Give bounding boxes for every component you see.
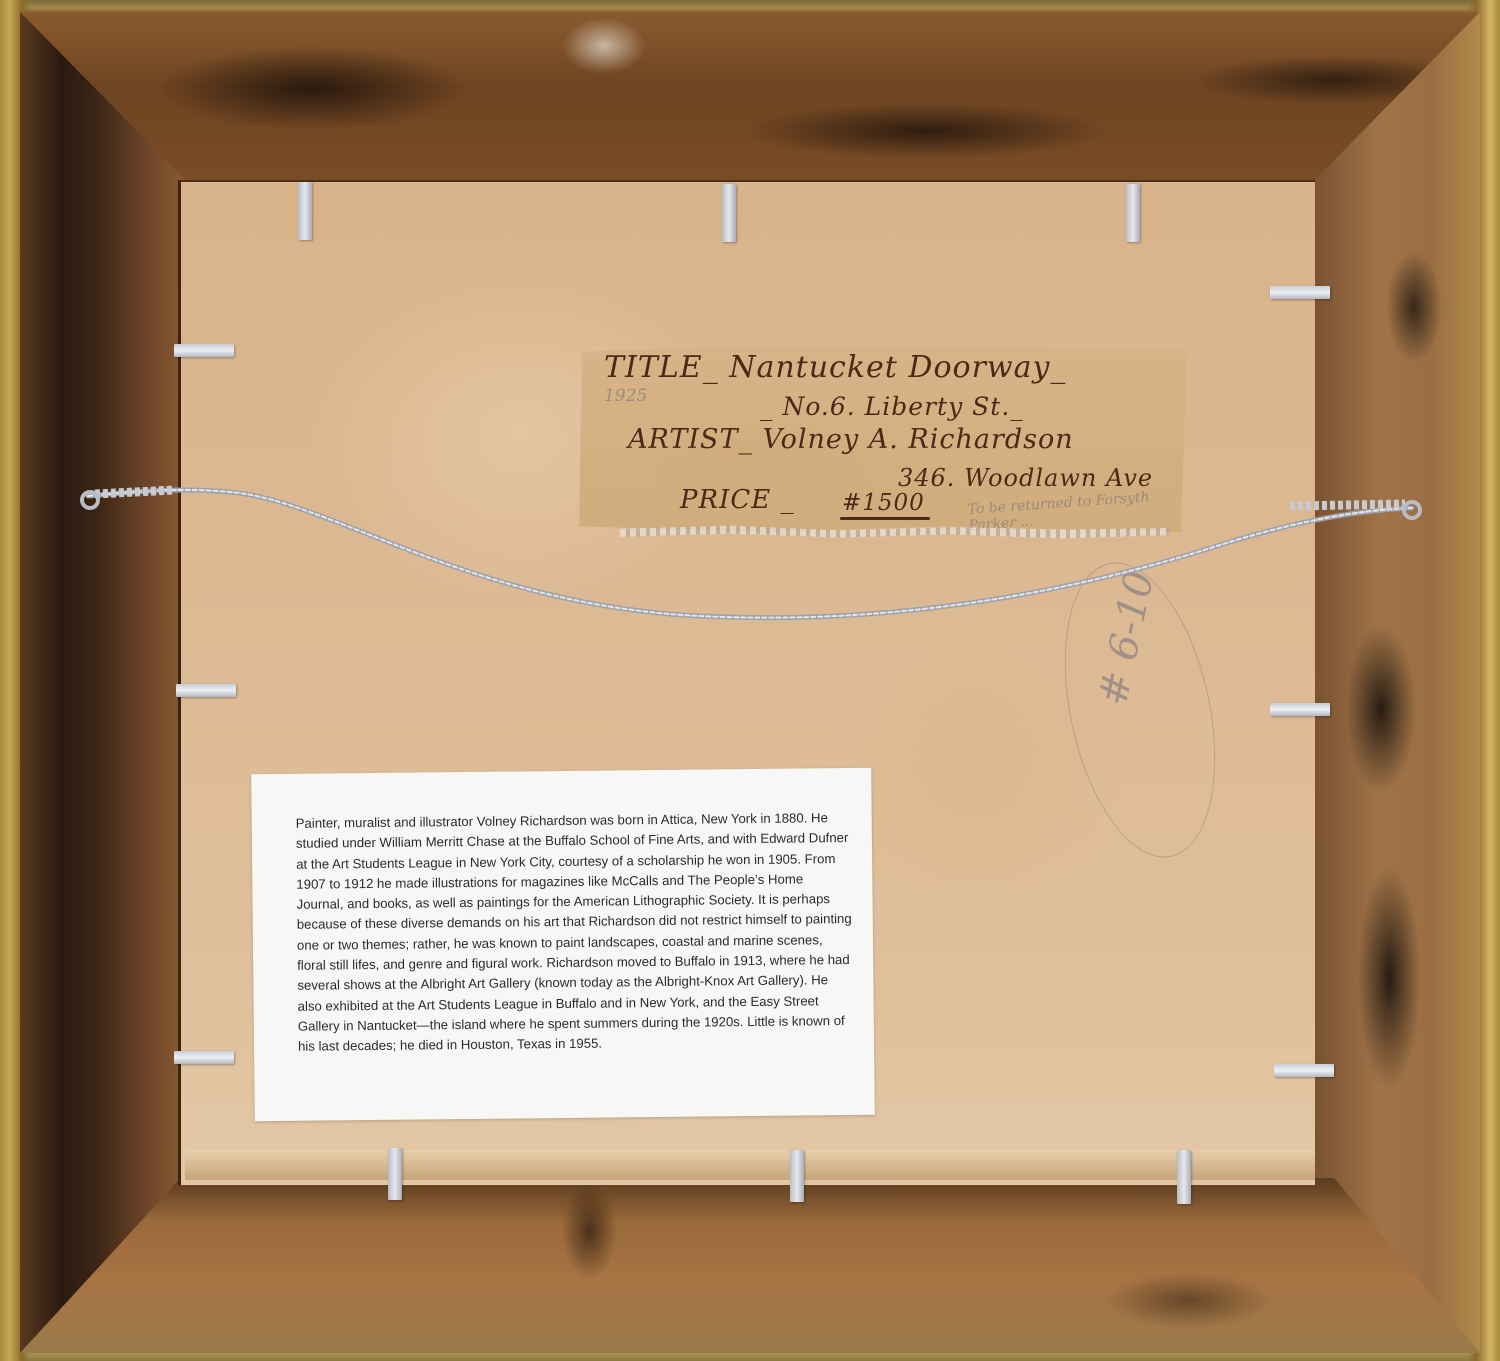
frame-clip-top-2: [722, 184, 736, 242]
frame-clip-bottom-1: [388, 1148, 402, 1200]
price-underline: [840, 517, 930, 520]
label-address-line: _ No.6. Liberty St._: [760, 392, 1024, 421]
frame-clip-top-1: [298, 182, 312, 240]
label-price-label: PRICE _: [680, 485, 794, 515]
frame-rail-top: [20, 12, 1480, 182]
label-title-line: TITLE_ Nantucket Doorway_: [604, 350, 1066, 385]
frame-clip-top-3: [1126, 184, 1140, 242]
biography-card: Painter, muralist and illustrator Volney…: [251, 768, 875, 1121]
label-year-pencil: 1925: [604, 386, 647, 406]
label-price-value: #1500: [842, 490, 925, 516]
frame-clip-bottom-3: [1177, 1150, 1191, 1204]
frame-clip-right-1: [1270, 286, 1330, 299]
frame-clip-right-3: [1274, 1064, 1334, 1077]
label-artist-line: ARTIST_ Volney A. Richardson: [628, 424, 1074, 455]
frame-rail-left: [20, 12, 185, 1353]
label-artist-address: 346. Woodlawn Ave: [898, 464, 1153, 492]
frame-rail-right: [1315, 12, 1480, 1353]
frame-clip-right-2: [1270, 703, 1330, 716]
framed-painting-back: # 6-10 TITLE_ Nantucket Doorway_ 1925 _ …: [0, 0, 1500, 1361]
frame-clip-bottom-2: [790, 1150, 804, 1202]
frame-clip-left-2: [176, 684, 236, 697]
frame-clip-left-3: [174, 1051, 234, 1064]
backing-board-bottom-edge: [185, 1150, 1315, 1180]
frame-clip-left-1: [174, 344, 234, 357]
biography-text: Painter, muralist and illustrator Volney…: [296, 808, 855, 1057]
frame-rail-bottom: [20, 1178, 1480, 1353]
